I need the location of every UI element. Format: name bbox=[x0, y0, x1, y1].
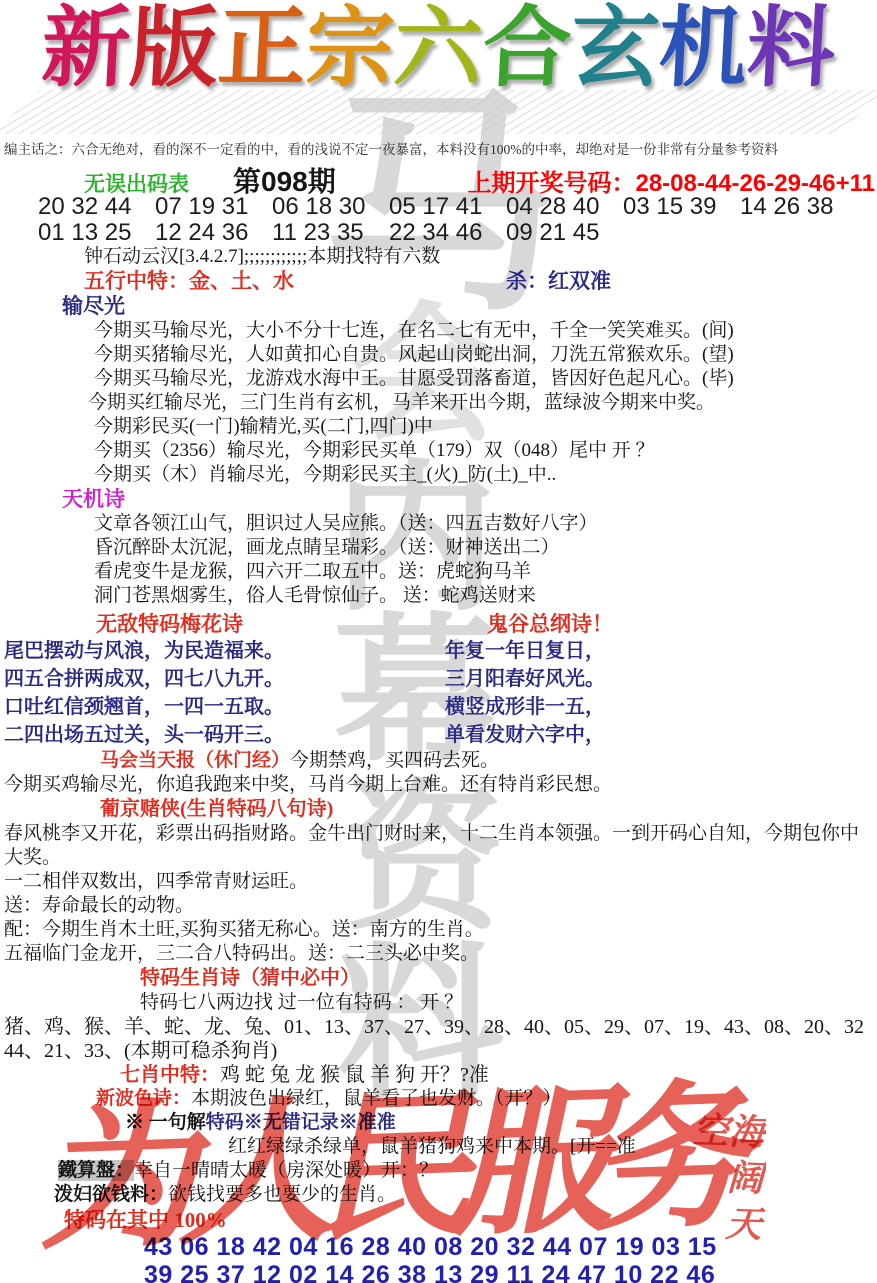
title-char: 版 bbox=[128, 4, 221, 96]
code-group: 11 23 35 bbox=[272, 220, 389, 246]
meihuashi-title: 无敌特码梅花诗 bbox=[0, 611, 445, 637]
title-char: 合 bbox=[480, 4, 573, 96]
title-char: 新 bbox=[40, 4, 133, 96]
tianjishi-line: 洞门苍黑烟雾生，俗人毛骨惊仙子。 送：蛇鸡送财来 bbox=[0, 584, 877, 608]
mahui-line: 马会当天报（休门经）今期禁鸡，买四码去死。 bbox=[0, 749, 877, 773]
meihuashi-column: 无敌特码梅花诗 尾巴摆动与风浪，为民造福来。 四五合拼两成双，四七八九开。 口吐… bbox=[0, 611, 445, 749]
pujing-line: 一二相伴双数出，四季常青财运旺。 bbox=[0, 870, 877, 894]
shujinguang-line: 今期彩民买(一门)输精光,买(二门,四门)中 bbox=[0, 415, 877, 439]
code-group: 14 26 38 bbox=[740, 194, 857, 220]
red-calligraphy-watermark: 为人民服务 bbox=[35, 1080, 730, 1262]
meihuashi-line: 二四出场五过关，头一码开三。 bbox=[0, 721, 445, 749]
code-table: 20 32 4407 19 3106 18 3005 17 4104 28 40… bbox=[0, 194, 877, 246]
code-table-row: 01 13 2512 24 3611 23 3522 34 4609 21 45 bbox=[38, 220, 877, 246]
code-group: 01 13 25 bbox=[38, 220, 155, 246]
shujinguang-title: 输尽光 bbox=[0, 294, 877, 319]
guigu-line: 年复一年日复日， bbox=[445, 637, 877, 665]
code-group: 22 34 46 bbox=[389, 220, 506, 246]
shujinguang-line: 今期买马输尽光，龙游戏水海中王。甘愿受罚落畜道，皆因好色起凡心。(毕) bbox=[0, 367, 877, 391]
meihuashi-line: 口吐红信颈翘首，一四一五取。 bbox=[0, 693, 445, 721]
editor-note: 编主话之：六合无绝对，看的深不一定看的中，看的浅说不定一夜暴富，本料没有100%… bbox=[0, 139, 877, 160]
tianjishi-line: 看虎变牛是龙猴，四六开二取五中。送：虎蛇狗马羊 bbox=[0, 560, 877, 584]
meihuashi-line: 尾巴摆动与风浪，为民造福来。 bbox=[0, 637, 445, 665]
shujinguang-line: 今期买（木）肖输尽光，今期彩民买主_(火)_防(土)_中.. bbox=[0, 463, 877, 487]
pujing-line: 送：寿命最长的动物。 bbox=[0, 894, 877, 918]
shujinguang-line: 今期买红输尽光，三门生肖有玄机，马羊来开出今期，蓝绿波今期来中奖。 bbox=[0, 391, 877, 415]
title-char: 料 bbox=[744, 4, 837, 96]
title-char: 宗 bbox=[304, 4, 397, 96]
shujinguang-line: 今期买（2356）输尽光，今期彩民买单（179）双（048）尾中 开 ？ bbox=[0, 439, 877, 463]
title-block: 新版正宗六合玄机料 bbox=[0, 0, 877, 139]
pujing-line: 配：今期生肖木土旺,买狗买猪无称心。送：南方的生肖。 bbox=[0, 918, 877, 942]
code-group: 06 18 30 bbox=[272, 194, 389, 220]
title-char: 玄 bbox=[568, 4, 661, 96]
guigu-title: 鬼谷总纲诗！ bbox=[445, 611, 877, 637]
code-group: 12 24 36 bbox=[155, 220, 272, 246]
code-group: 20 32 44 bbox=[38, 194, 155, 220]
shujinguang-line: 今期买马输尽光，大小不分十七连，在名二七有无中，千全一笑笑难买。(间) bbox=[0, 319, 877, 343]
pujing-line: 春风桃李又开花，彩票出码指财路。金牛出门财时来，十二生肖本领强。一到开码心自知，… bbox=[0, 822, 877, 870]
code-group: 04 28 40 bbox=[506, 194, 623, 220]
pujing-line: 五福临门金龙开，三二合八特码出。送：二三头必中奖。 bbox=[0, 942, 877, 966]
guigu-line: 单看发财六字中， bbox=[445, 721, 877, 749]
tema-shengxiao-numbers: 44、21、33、(本期可稳杀狗肖) bbox=[0, 1039, 877, 1063]
title-char: 六 bbox=[392, 4, 485, 96]
guigu-line: 横竖成形非一五， bbox=[445, 693, 877, 721]
zhongshi-line: 钟石动云汉[3.4.2.7];;;;;;;;;;;;本期找特有六数 bbox=[0, 246, 877, 268]
tema-shengxiao-numbers: 猪、鸡、猴、羊、蛇、龙、兔、01、13、37、27、39、28、40、05、29… bbox=[0, 1015, 877, 1039]
tema-shengxiao-line: 特码七八两边找 过一位有特码 ： 开 ？ bbox=[0, 991, 877, 1015]
wuxing-row: 五行中特：金、土、水 杀：红双准 bbox=[0, 268, 877, 294]
code-group: 05 17 41 bbox=[389, 194, 506, 220]
header-row: 无误出码表 第098期 上期开奖号码：28-08-44-26-29-46+11 bbox=[0, 160, 877, 194]
mahui-label: 马会当天报（休门经） bbox=[100, 750, 290, 771]
tip-sheet-page: 马 会 内 幕 资 料 新版正宗六合玄机料 编主话之：六合无绝对，看的深不一定看… bbox=[0, 0, 877, 1283]
mahui-text: 今期禁鸡，买四码去死。 bbox=[290, 750, 499, 771]
code-group: 09 21 45 bbox=[506, 220, 623, 246]
shujinguang-line: 今期买猪输尽光，人如黄扣心自贵。风起山岗蛇出洞，刀洗五常猴欢乐。(望) bbox=[0, 343, 877, 367]
title-char: 正 bbox=[216, 4, 309, 96]
tianjishi-title: 天机诗 bbox=[0, 487, 877, 512]
mahui-line2: 今期买鸡输尽光，你追我跑来中奖，马肖今期上台难。还有特肖彩民想。 bbox=[0, 773, 877, 797]
code-group: 03 15 39 bbox=[623, 194, 740, 220]
qixiao-label: 七肖中特： bbox=[120, 1064, 220, 1086]
code-table-row: 20 32 4407 19 3106 18 3005 17 4104 28 40… bbox=[38, 194, 877, 220]
poem-columns: 无敌特码梅花诗 尾巴摆动与风浪，为民造福来。 四五合拼两成双，四七八九开。 口吐… bbox=[0, 608, 877, 749]
tema-shengxiao-title: 特码生肖诗（猜中必中） bbox=[0, 966, 877, 991]
tianjishi-line: 昏沉醉卧太沉泥，画龙点睛呈瑞彩。（送：财神送出二） bbox=[0, 536, 877, 560]
guigu-column: 鬼谷总纲诗！ 年复一年日复日， 三月阳春好风光。 横竖成形非一五， 单看发财六字… bbox=[445, 611, 877, 749]
red-side-watermark: 海阔天空 bbox=[685, 1111, 763, 1283]
wuxing-label: 五行中特：金、土、水 bbox=[0, 268, 294, 294]
sha-label: 杀：红双准 bbox=[506, 268, 611, 294]
page-title: 新版正宗六合玄机料 bbox=[0, 4, 877, 96]
title-char: 机 bbox=[656, 4, 749, 96]
guigu-line: 三月阳春好风光。 bbox=[445, 665, 877, 693]
meihuashi-line: 四五合拼两成双，四七八九开。 bbox=[0, 665, 445, 693]
pujing-title: 葡京赌侠(生肖特码八句诗) bbox=[0, 797, 877, 822]
tianjishi-line: 文章各领江山气，胆识过人吴应熊。（送：四五吉数好八字） bbox=[0, 512, 877, 536]
code-group: 07 19 31 bbox=[155, 194, 272, 220]
